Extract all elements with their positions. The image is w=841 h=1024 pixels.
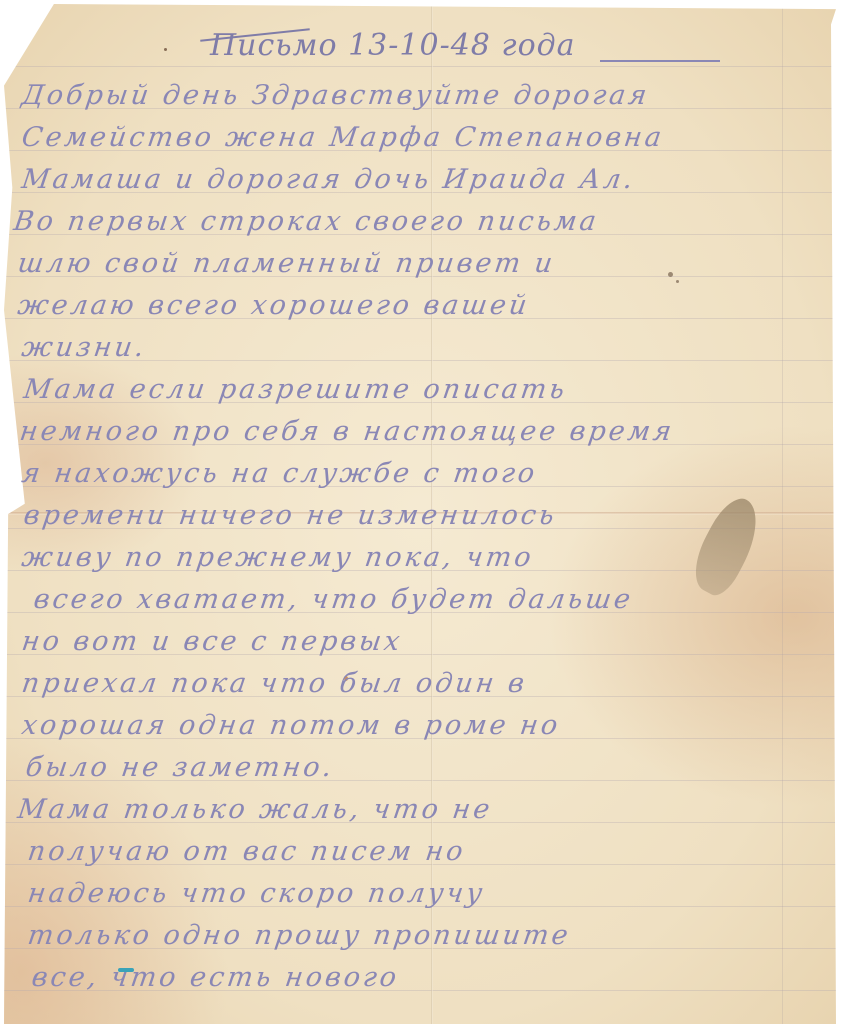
letter-line: Мама только жаль, что не bbox=[16, 794, 495, 825]
letter-line: было не заметно. bbox=[24, 752, 337, 783]
letter-line: получаю от вас писем но bbox=[26, 836, 468, 867]
letter-line: только одно прошу пропишите bbox=[26, 920, 573, 951]
letter-line: надеюсь что скоро получу bbox=[26, 878, 487, 909]
letter-line: Семейство жена Марфа Степановна bbox=[20, 122, 666, 153]
letter-line: жизни. bbox=[20, 332, 149, 363]
letter-line: Мама если разрешите описать bbox=[22, 374, 569, 405]
letter-line: но вот и все с первых bbox=[20, 626, 405, 657]
letter-line: всего хватает, что будет дальше bbox=[32, 584, 635, 615]
letter-line: я нахожусь на службе с того bbox=[20, 458, 540, 489]
letter-text: Письмо 13-10-48 года Добрый день Здравст… bbox=[0, 0, 841, 1024]
blue-ink-mark bbox=[118, 968, 134, 972]
letter-line: живу по прежнему пока, что bbox=[20, 542, 536, 573]
letter-line: времени ничего не изменилось bbox=[22, 500, 559, 531]
letter-line: все, что есть нового bbox=[30, 962, 401, 993]
letter-line: Мамаша и дорогая дочь Ираида Ал. bbox=[20, 164, 638, 195]
letter-line: приехал пока что был один в bbox=[20, 668, 529, 699]
letter-line: Добрый день Здравствуйте дорогая bbox=[20, 80, 652, 111]
letter-line: немного про себя в настоящее время bbox=[18, 416, 676, 447]
letter-line: хорошая одна потом в роме но bbox=[20, 710, 563, 741]
letter-line: Во первых строках своего письма bbox=[12, 206, 601, 237]
letter-heading: Письмо 13-10-48 года bbox=[210, 28, 576, 63]
heading-underline bbox=[600, 60, 720, 62]
letter-line: желаю всего хорошего вашей bbox=[16, 290, 532, 321]
letter-line: шлю свой пламенный привет и bbox=[16, 248, 557, 279]
